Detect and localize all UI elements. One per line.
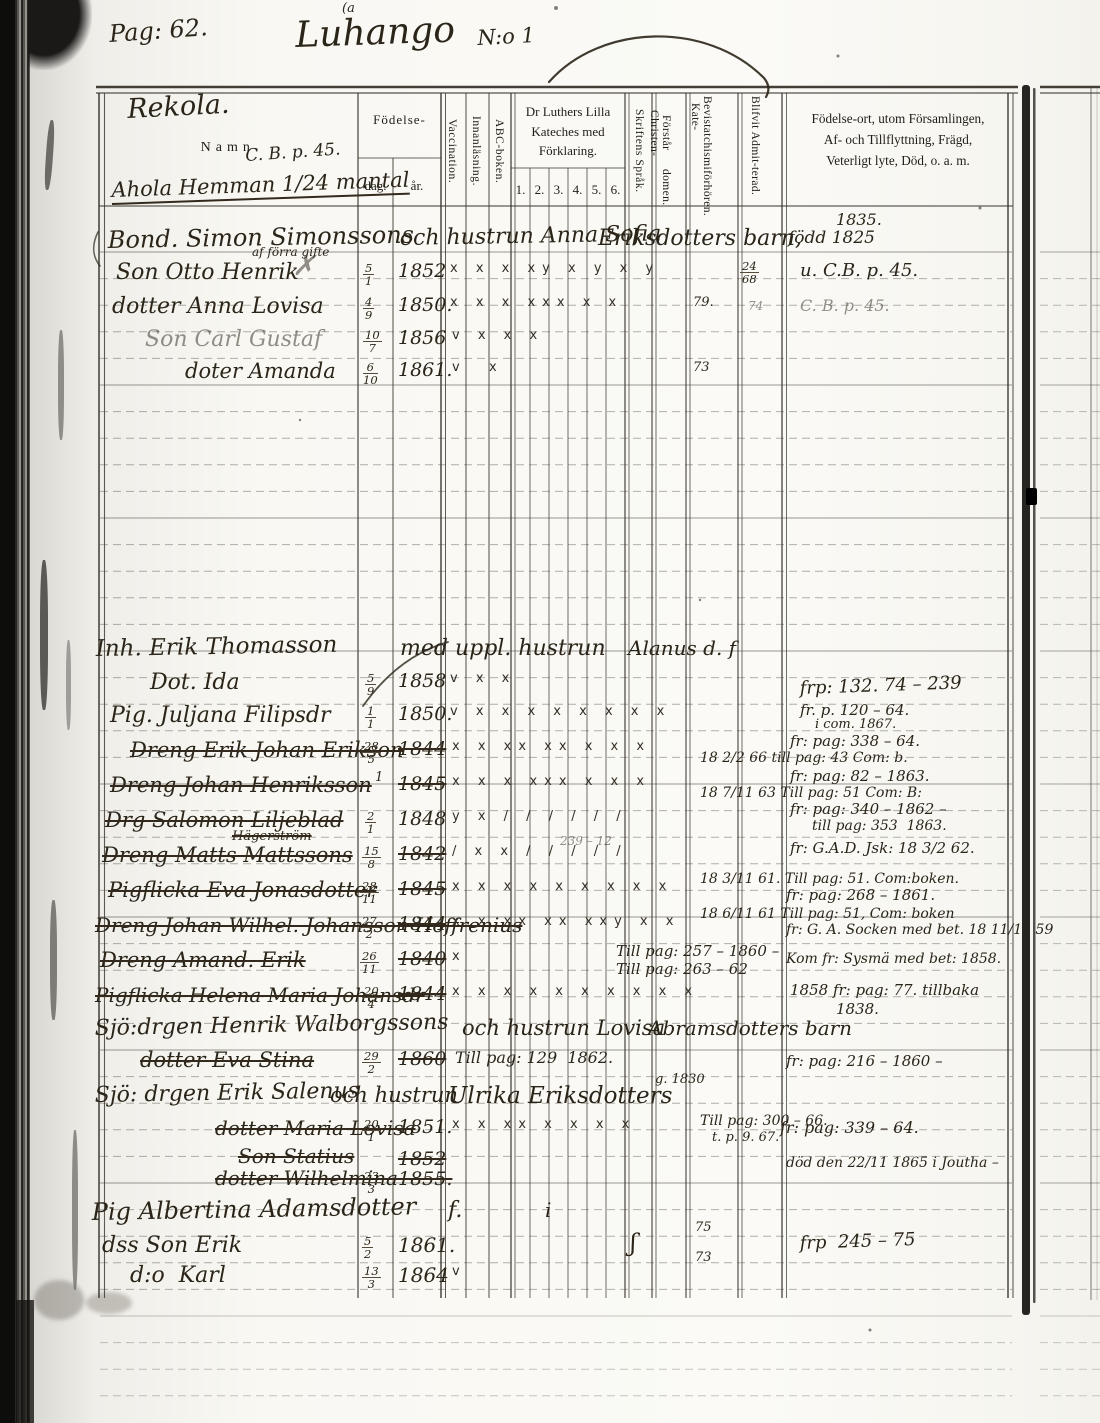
handwritten-text: Drg Salomon Liljeblad: [105, 810, 343, 831]
handwritten-text: 1850.: [398, 705, 452, 724]
handwritten-text: Pigflicka Eva Jonasdotter: [108, 880, 376, 901]
church-ledger-scan: Namn. Födelse- dag. år. Vaccination. Inn…: [0, 0, 1100, 1423]
handwritten-text: 1835.: [836, 212, 882, 228]
record-marks: x: [452, 950, 467, 963]
date-fraction: 133: [362, 1265, 381, 1290]
handwritten-text: 1855.: [398, 1170, 452, 1189]
handwritten-text: fr: G. A. Socken med bet. 18 11/11 59: [786, 923, 1053, 937]
handwritten-text: Ahola Hemman 1/24 mantal: [111, 170, 410, 205]
date-fraction: 158: [362, 845, 381, 870]
handwritten-text: Alanus d. f: [628, 638, 736, 658]
date-fraction: 2611: [360, 950, 379, 975]
handwritten-text: 239 – 12: [560, 835, 612, 847]
handwritten-text: Inh. Erik Thomasson: [96, 634, 338, 661]
handwritten-text: 1858 fr: pag: 77. tillbaka: [790, 983, 979, 998]
handwritten-text: död den 22/11 1865 i Joutha –: [786, 1156, 999, 1170]
handwritten-text: Son Otto Henrik: [116, 262, 299, 284]
handwritten-text: i com. 1867.: [815, 718, 896, 731]
handwritten-text: dotter Maria Lovisa: [215, 1118, 416, 1138]
date-fraction: 59: [365, 672, 376, 697]
record-marks: x x x xxx x x x: [452, 775, 651, 788]
handwritten-text: frp: 132. 74 – 239: [799, 674, 962, 698]
date-fraction: 107: [363, 329, 382, 354]
handwritten-text: dss Son Erik: [102, 1235, 242, 1257]
handwritten-text: Pig Albertina Adamsdotter: [92, 1194, 417, 1224]
handwritten-text: g. 1830: [655, 1073, 705, 1086]
handwritten-text: 1838.: [836, 1002, 879, 1017]
handwritten-text: 1844: [398, 985, 446, 1004]
handwritten-text: Sjö: drgen Erik Salenus: [95, 1080, 360, 1107]
date-fraction: 201: [362, 1118, 381, 1143]
handwritten-text: Till pag: 263 – 62: [616, 962, 748, 977]
handwritten-text: Till pag: 129 1862.: [455, 1050, 613, 1066]
handwritten-text: 18 7/11 63 Till pag: 51 Com: B:: [700, 786, 922, 800]
handwritten-text: Dreng Johan Henriksson: [110, 775, 372, 796]
date-fraction: 51: [363, 262, 374, 287]
handwritten-text: 1864: [398, 1265, 449, 1285]
handwritten-text: Pag: 62.: [108, 15, 208, 46]
date-fraction: 52: [362, 1235, 373, 1260]
handwritten-text: Luhango: [295, 12, 456, 54]
handwritten-text: fr: pag: 339 – 64.: [780, 1120, 919, 1136]
handwritten-text: Son Carl Gustaf: [145, 329, 322, 351]
date-fraction: 21: [365, 810, 376, 835]
handwritten-text: Pig. Juljana Filipsdr: [110, 705, 331, 727]
handwritten-text: och hustrun: [330, 1085, 458, 1106]
handwritten-text: i: [545, 1200, 551, 1220]
handwritten-text: N:o 1: [477, 25, 535, 49]
handwritten-text: 1858: [398, 672, 446, 691]
handwritten-text: fr: G.A.D. Jsk: 18 3/2 62.: [790, 841, 975, 856]
handwritten-text: 1851.: [398, 1118, 452, 1137]
date-fraction: 2811: [360, 880, 379, 905]
record-marks: v x x x: [452, 329, 544, 342]
handwritten-text: 1840: [398, 950, 446, 969]
handwritten-text: Dreng Amand. Erik: [100, 950, 306, 971]
handwritten-text: 1844: [398, 740, 446, 759]
record-marks: x x x x x x x x x x: [452, 985, 699, 998]
handwritten-text: 1: [375, 771, 383, 784]
record-marks: x x x xy x y x y: [450, 262, 660, 275]
record-marks: x x xx xx xxy x x: [452, 915, 680, 928]
handwritten-text: till pag: 353 1863.: [812, 819, 947, 833]
record-marks: y x / / / / / /: [452, 810, 628, 823]
handwritten-text: fr: pag: 268 – 1861.: [786, 888, 935, 903]
date-fraction: 233: [362, 1170, 381, 1195]
handwritten-text: doter Amanda: [185, 361, 336, 382]
handwritten-text: fr: pag: 216 – 1860 –: [786, 1054, 943, 1069]
handwritten-text: 1856: [398, 329, 446, 348]
record-marks: x x x x x x x x x: [452, 880, 673, 893]
handwritten-text: fr: pag: 82 – 1863.: [790, 769, 930, 784]
handwritten-text: 79.: [693, 296, 714, 309]
handwritten-text: 1844: [398, 915, 446, 934]
handwritten-text: 73: [693, 361, 710, 374]
handwritten-text: Dot. Ida: [150, 672, 240, 694]
record-marks: x x xx x x x x: [452, 1118, 636, 1131]
record-marks: x x xx xx x x x: [452, 740, 651, 753]
handwritten-text: dotter Eva Stina: [140, 1050, 314, 1071]
date-fraction: 292: [362, 1050, 381, 1075]
handwritten-text: Till pag: 257 – 1860 –: [616, 944, 779, 959]
handwritten-text: Rekola.: [127, 91, 231, 123]
handwritten-text: u. C.B. p. 45.: [800, 262, 918, 280]
handwritten-text: C. B. p. 45.: [245, 141, 341, 165]
handwritten-text: Kom fr: Sysmä med bet: 1858.: [786, 952, 1001, 966]
handwritten-text: 18 6/11 61 Till pag: 51, Com: boken: [700, 907, 955, 921]
handwritten-text: fr: pag: 338 – 64.: [790, 734, 920, 749]
handwritten-text: Dreng Matts Mattssons: [102, 845, 353, 866]
handwritten-text: fr: pag: 340 – 1862 –: [790, 802, 947, 817]
handwritten-text: 1861.: [398, 1235, 455, 1255]
date-fraction: 204: [362, 985, 381, 1010]
date-fraction: 2468: [740, 260, 759, 285]
handwritten-text: C. B. p. 45.: [800, 298, 890, 314]
handwritten-text: 18 3/11 61. Till pag: 51. Com:boken.: [700, 872, 959, 886]
record-marks: v x: [452, 361, 504, 374]
handwritten-text: 1848: [398, 810, 446, 829]
handwritten-text: född 1825: [788, 230, 875, 247]
handwritten-text: ✗: [292, 252, 315, 280]
handwritten-text: och hustrun Lovisa: [462, 1018, 665, 1039]
handwritten-text: Abramsdotters barn: [648, 1018, 852, 1038]
handwritten-text: f.: [448, 1200, 462, 1222]
date-fraction: 272: [360, 915, 379, 940]
handwritten-text: Sjö:drgen Henrik Walborgssons: [95, 1012, 449, 1040]
handwritten-text: 75: [695, 1221, 712, 1234]
handwritten-text: 1861.: [398, 361, 452, 380]
handwritten-text: d:o Karl: [130, 1265, 226, 1287]
handwritten-text: fr. p. 120 – 64.: [800, 703, 909, 718]
handwritten-text: 73: [695, 1251, 712, 1264]
handwritten-text: med uppl. hustrun: [400, 638, 606, 660]
handwritten-text: dotter Anna Lovisa: [112, 296, 324, 318]
date-fraction: 610: [363, 361, 378, 386]
handwritten-text: Eriksdotters barn,: [598, 228, 802, 250]
date-fraction: 285: [362, 740, 381, 765]
handwritten-text: Son Statius: [238, 1146, 354, 1166]
handwritten-text: ʃ: [630, 1231, 637, 1255]
handwriting-layer: Pag: 62.(aLuhangoN:o 1Rekola.C. B. p. 45…: [0, 0, 1100, 1423]
handwritten-text: 18 2/2 66 till pag: 43 Com: b.: [700, 751, 908, 765]
date-fraction: 11: [365, 705, 376, 730]
record-marks: x x x xxx x x: [450, 296, 623, 309]
handwritten-text: af förra gifte: [252, 246, 329, 258]
record-marks: v x x: [450, 672, 516, 685]
handwritten-text: 1852: [398, 262, 446, 281]
record-marks: v: [452, 1265, 467, 1278]
handwritten-text: frp 245 – 75: [799, 1231, 915, 1253]
handwritten-text: 74: [748, 300, 763, 312]
date-fraction: 49: [363, 296, 374, 321]
handwritten-text: Hägerström: [232, 830, 312, 843]
handwritten-text: 1845: [398, 880, 446, 899]
handwritten-text: Ulrika Eriksdotters: [448, 1085, 672, 1108]
record-marks: v x x x x x x x x: [450, 705, 671, 718]
handwritten-text: t. p. 9. 67.: [712, 1131, 779, 1144]
handwritten-text: 1850.: [398, 296, 452, 315]
handwritten-text: 1842: [398, 845, 446, 864]
handwritten-text: 1845: [398, 775, 446, 794]
handwritten-text: 1860: [398, 1050, 446, 1069]
handwritten-text: 1852: [398, 1150, 446, 1169]
